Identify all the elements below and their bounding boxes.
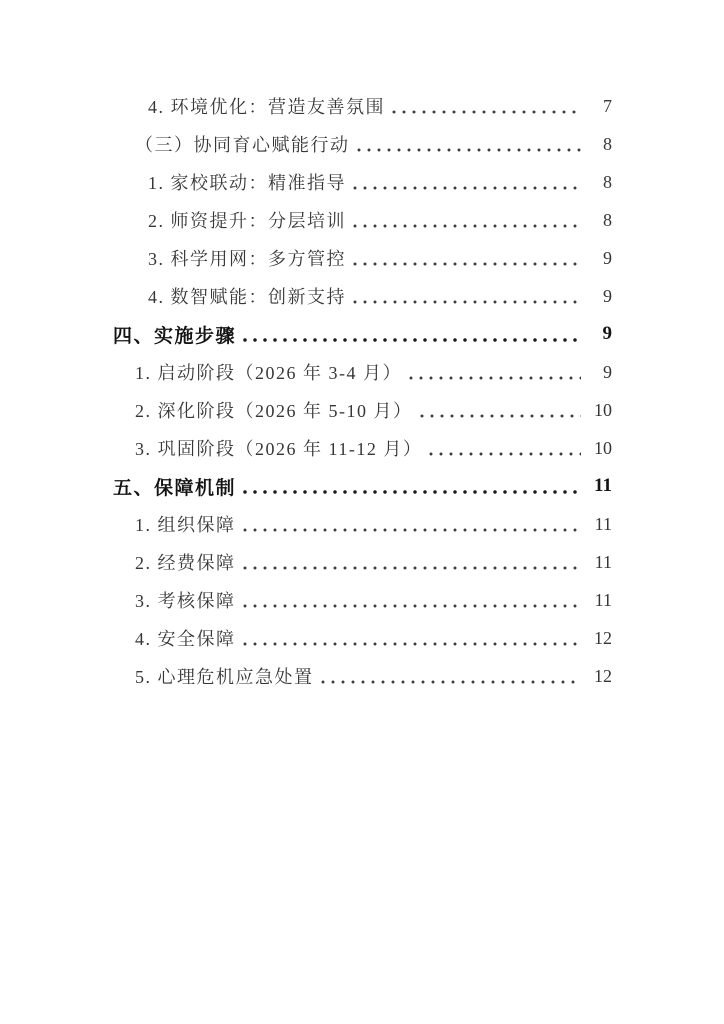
toc-entry-title: 1. 家校联动：精准指导 <box>148 169 346 195</box>
document-page: 4. 环境优化：营造友善氛围 7 （三）协同育心赋能行动 8 1. 家校联动：精… <box>0 0 724 1024</box>
toc-page-number: 8 <box>586 210 612 231</box>
toc-entry-title: 2. 经费保障 <box>135 549 236 575</box>
toc-entry[interactable]: 2. 师资提升：分层培训 8 <box>113 201 612 239</box>
toc-page-number: 9 <box>586 286 612 307</box>
toc-entry-title: 五、保障机制 <box>113 473 236 500</box>
toc-entry-title: 2. 师资提升：分层培训 <box>148 207 346 233</box>
toc-dot-leader <box>354 125 582 163</box>
toc-dot-leader <box>240 581 582 619</box>
toc-entry[interactable]: 3. 科学用网：多方管控 9 <box>113 239 612 277</box>
toc-page-number: 10 <box>586 400 612 421</box>
toc-entry[interactable]: 3. 巩固阶段（2026 年 11-12 月） 10 <box>113 429 612 467</box>
toc-entry[interactable]: 四、实施步骤 9 <box>113 315 612 353</box>
toc-entry-title: 2. 深化阶段（2026 年 5-10 月） <box>135 397 413 423</box>
toc-page-number: 12 <box>586 666 612 687</box>
toc-entry-title: 3. 巩固阶段（2026 年 11-12 月） <box>135 435 422 461</box>
toc-entry[interactable]: 5. 心理危机应急处置 12 <box>113 657 612 695</box>
toc-entry[interactable]: 1. 家校联动：精准指导 8 <box>113 163 612 201</box>
toc-page-number: 11 <box>586 514 612 535</box>
toc-entry-title: （三）协同育心赋能行动 <box>135 131 350 157</box>
toc-dot-leader <box>240 505 582 543</box>
toc-page-number: 8 <box>586 134 612 155</box>
toc-entry[interactable]: 2. 深化阶段（2026 年 5-10 月） 10 <box>113 391 612 429</box>
toc-entry-title: 3. 考核保障 <box>135 587 236 613</box>
toc-entry[interactable]: （三）协同育心赋能行动 8 <box>113 125 612 163</box>
toc-page-number: 9 <box>586 323 612 345</box>
toc-entry-title: 4. 数智赋能：创新支持 <box>148 283 346 309</box>
toc-entry[interactable]: 4. 环境优化：营造友善氛围 7 <box>113 87 612 125</box>
toc-dot-leader <box>240 619 582 657</box>
table-of-contents: 4. 环境优化：营造友善氛围 7 （三）协同育心赋能行动 8 1. 家校联动：精… <box>113 87 612 695</box>
toc-dot-leader <box>389 87 581 125</box>
toc-entry-title: 4. 安全保障 <box>135 625 236 651</box>
toc-page-number: 8 <box>586 172 612 193</box>
toc-page-number: 7 <box>586 96 612 117</box>
toc-entry-title: 5. 心理危机应急处置 <box>135 663 314 689</box>
toc-page-number: 12 <box>586 628 612 649</box>
toc-entry[interactable]: 1. 组织保障 11 <box>113 505 612 543</box>
toc-entry-title: 4. 环境优化：营造友善氛围 <box>148 93 385 119</box>
toc-dot-leader <box>406 353 581 391</box>
toc-dot-leader <box>318 657 582 695</box>
toc-entry-title: 四、实施步骤 <box>113 321 236 348</box>
toc-entry-title: 3. 科学用网：多方管控 <box>148 245 346 271</box>
toc-dot-leader <box>240 467 581 505</box>
toc-entry[interactable]: 五、保障机制 11 <box>113 467 612 505</box>
toc-entry-title: 1. 组织保障 <box>135 511 236 537</box>
toc-page-number: 9 <box>586 362 612 383</box>
toc-page-number: 11 <box>586 475 612 497</box>
toc-dot-leader <box>417 391 582 429</box>
toc-page-number: 9 <box>586 248 612 269</box>
toc-entry-title: 1. 启动阶段（2026 年 3-4 月） <box>135 359 402 385</box>
toc-entry[interactable]: 4. 数智赋能：创新支持 9 <box>113 277 612 315</box>
toc-dot-leader <box>240 315 581 353</box>
toc-dot-leader <box>350 277 581 315</box>
toc-entry[interactable]: 3. 考核保障 11 <box>113 581 612 619</box>
toc-dot-leader <box>350 201 581 239</box>
toc-page-number: 11 <box>586 590 612 611</box>
toc-entry[interactable]: 4. 安全保障 12 <box>113 619 612 657</box>
toc-dot-leader <box>350 163 581 201</box>
toc-entry[interactable]: 1. 启动阶段（2026 年 3-4 月） 9 <box>113 353 612 391</box>
toc-dot-leader <box>240 543 582 581</box>
toc-page-number: 10 <box>586 438 612 459</box>
toc-page-number: 11 <box>586 552 612 573</box>
toc-entry[interactable]: 2. 经费保障 11 <box>113 543 612 581</box>
toc-dot-leader <box>350 239 581 277</box>
toc-dot-leader <box>426 429 581 467</box>
